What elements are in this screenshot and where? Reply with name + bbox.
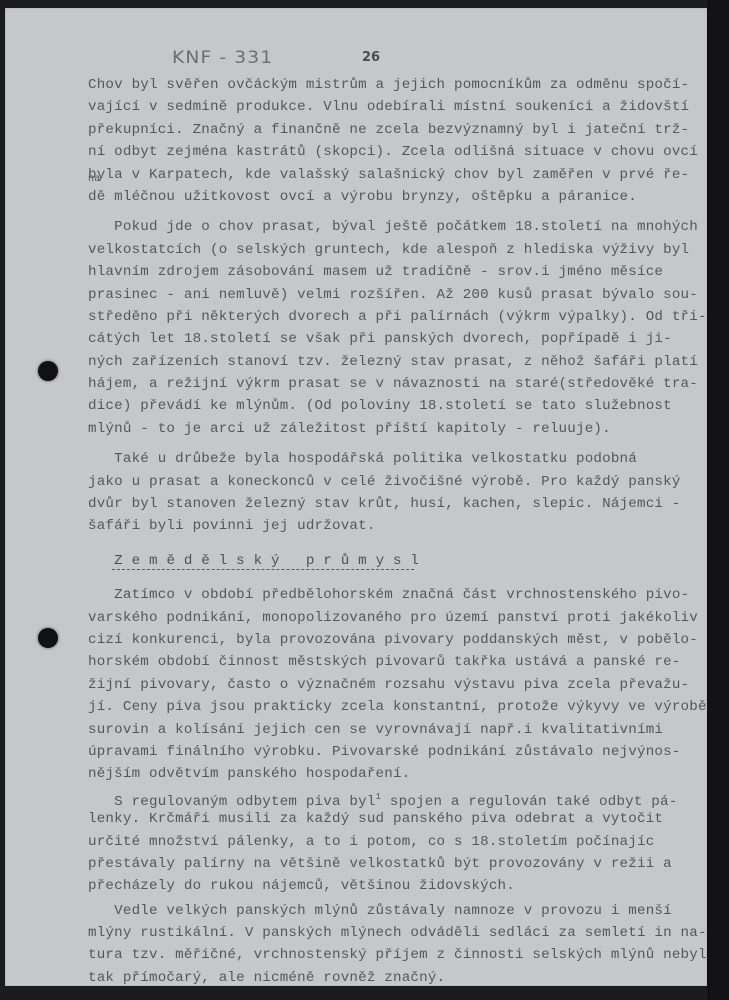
text-line: tura tzv. měřičné, vrchnostenský příjem … [88,944,703,966]
text-line: úpravami finálního výrobku. Pivovarské p… [88,741,703,763]
text-line: Pokud jde o chov prasat, býval ještě poč… [88,216,703,238]
text-line: určité množství pálenky, a to i potom, c… [88,831,703,853]
text-line: byla v Karpatech, kde valašský salašnick… [88,164,703,186]
heading-underline [112,569,414,570]
paragraph-poultry: Také u drůbeže byla hospodářská politika… [88,448,703,538]
text-line: středěno při některých dvorech a při pal… [88,306,703,328]
text-line: šafáři byli povinni jej udržovat. [88,515,703,537]
text-line: mlýnů - to je arci už záležitost příští … [88,418,703,440]
text-line: Zatímco v období předbělohorském značná … [88,584,703,606]
footnote-marker: 1 [376,792,382,802]
text-line: Chov byl svěřen ovčáckým mistrům a jejic… [88,74,703,96]
text-line: vající v sedmině produkce. Vlnu odebíral… [88,96,703,118]
text-line: velkostatcích (o selských gruntech, kde … [88,239,703,261]
text-line: S regulovaným odbytem piva byl1 spojen a… [88,786,703,808]
text-line: ní odbyt zejména kastrátů (skopci). Zcel… [88,141,703,163]
text-line: cizí konkurenci, byla provozována pivova… [88,629,703,651]
punch-hole [38,628,58,648]
text-line: jako u prasat a koneckonců v celé živoči… [88,471,703,493]
text-line: lenky. Krčmáři musili za každý sud pansk… [88,808,703,830]
text-line: dice) převádí ke mlýnům. (Od poloviny 18… [88,395,703,417]
text-line: tak přímočarý, ale nicméně rovněž značný… [88,967,703,989]
paragraph-sheep: Chov byl svěřen ovčáckým mistrům a jejic… [88,74,703,208]
paragraph-spirits: S regulovaným odbytem piva byl1 spojen a… [88,786,703,898]
text-line: hájem, a režijní výkrm prasat se v návaz… [88,373,703,395]
paragraph-breweries: Zatímco v období předbělohorském značná … [88,584,703,786]
text-line: přecházely do rukou nájemců, většinou ži… [88,875,703,897]
text-line: ných zařízeních stanoví tzv. železný sta… [88,351,703,373]
text-line: horském období činnost městských pivovar… [88,651,703,673]
text-line: jí. Ceny piva jsou prakticky zcela konst… [88,696,703,718]
text-line: prasinec - ani nemluvě) velmi rozšířen. … [88,284,703,306]
text-line: Také u drůbeže byla hospodářská politika… [88,448,703,470]
text-line: přestávaly palírny na většině velkostatk… [88,853,703,875]
paragraph-pigs: Pokud jde o chov prasat, býval ještě poč… [88,216,703,440]
text-line: hlavním zdrojem zásobování masem už trad… [88,261,703,283]
scan-background-edge [707,0,729,1000]
text-line: surovin a kolísání jejich cen se vyrovná… [88,719,703,741]
handwritten-insertion: na [88,175,100,185]
punch-hole [38,361,58,381]
section-heading-text: Z e m ě d ě l s k ý p r ů m y s l [114,553,419,569]
text-line: dvůr byl stanoven železný stav krůt, hus… [88,493,703,515]
text-line: nadě mléčnou užitkovost ovcí a výrobu br… [88,186,703,208]
text-line: nějším odvětvím panského hospodaření. [88,763,703,785]
text-line: cátých let 18.století se však při panský… [88,328,703,350]
document-body: Chov byl svěřen ovčáckým mistrům a jejic… [88,74,703,989]
text-line: překupníci. Značný a finančně ne zcela b… [88,119,703,141]
page-number: 26 [362,50,380,65]
handwritten-archive-note: KNF - 331 [172,48,273,68]
text-line: Vedle velkých panských mlýnů zůstávaly n… [88,900,703,922]
paragraph-mills: Vedle velkých panských mlýnů zůstávaly n… [88,900,703,990]
text-line: žijní pivovary, často o význačném rozsah… [88,674,703,696]
text-line: mlýny rustikální. V panských mlýnech odv… [88,922,703,944]
text-line: varského podnikání, monopolizovaného pro… [88,607,703,629]
